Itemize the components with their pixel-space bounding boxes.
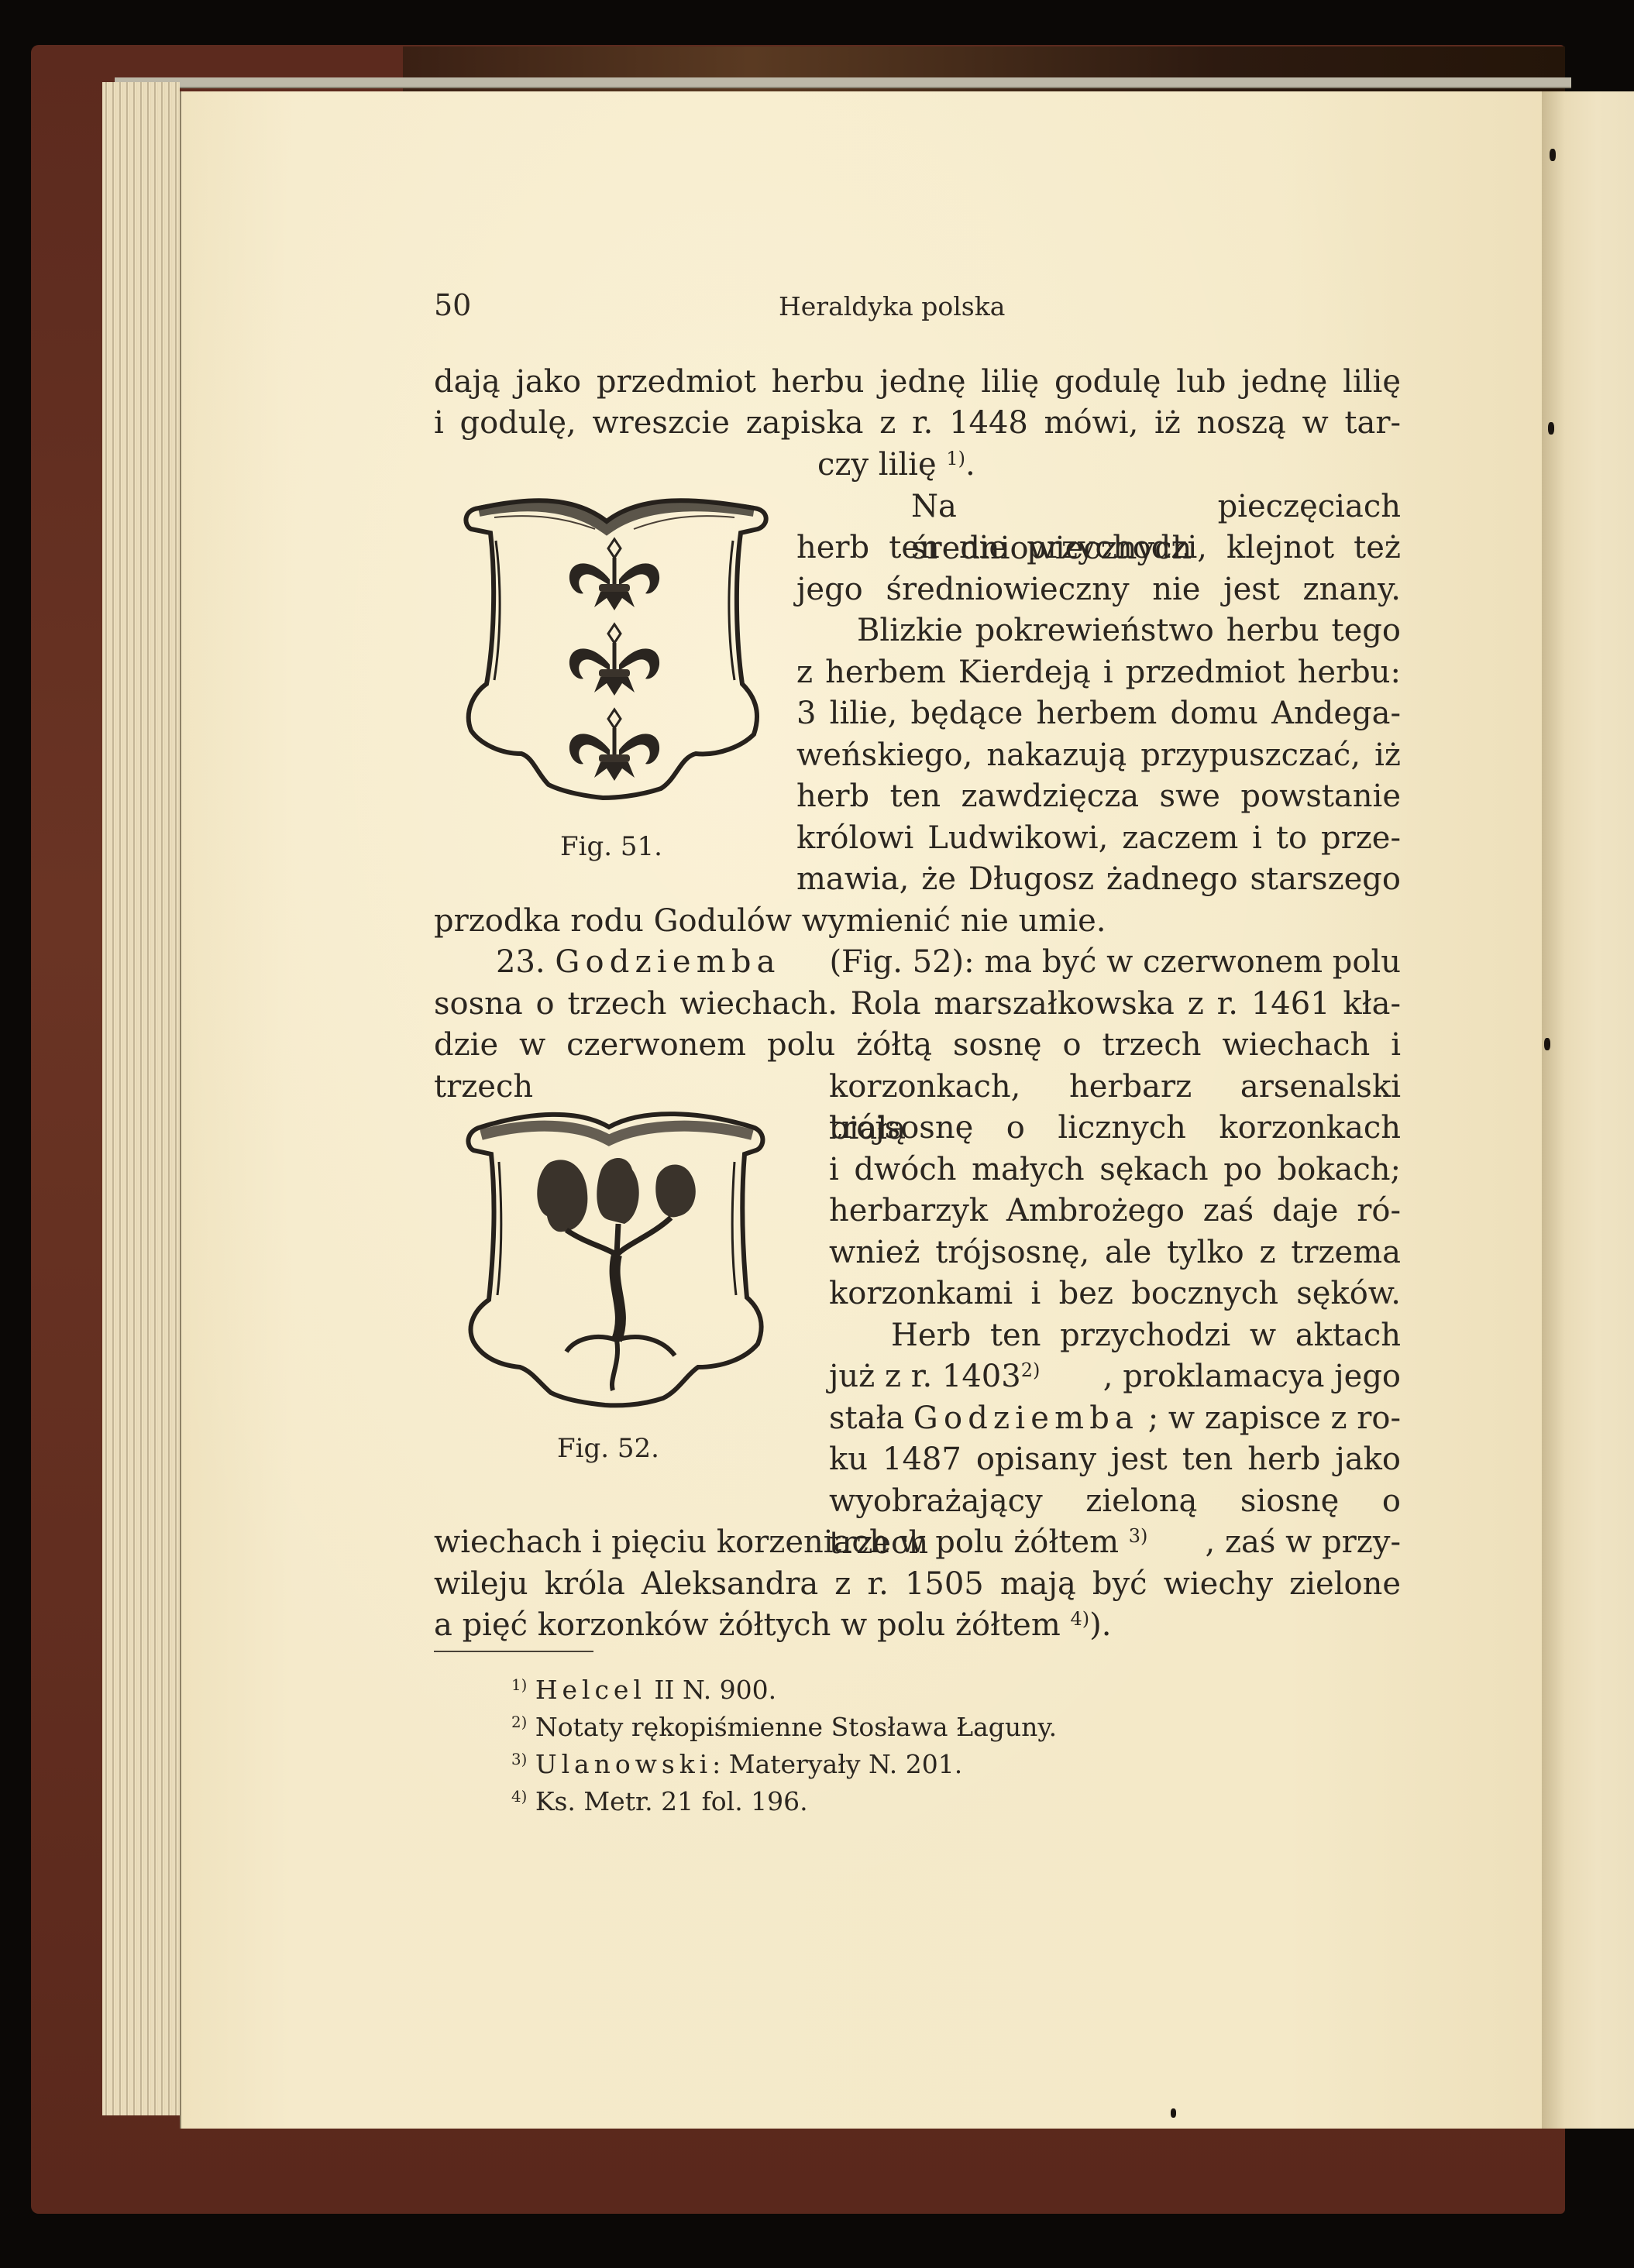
text-line: korzonkami i bez bocznych sęków. <box>829 1273 1401 1315</box>
text-line: wileju króla Aleksandra z r. 1505 mają b… <box>434 1564 1401 1606</box>
page-stack-edges <box>102 82 180 2115</box>
text-line: mawia, że Długosz żadnego starszego <box>796 859 1401 901</box>
margin-mark <box>1544 1038 1550 1050</box>
footnote-text: Ks. Metr. 21 fol. 196. <box>535 1786 808 1816</box>
text-line: jego średniowieczny nie jest znany. <box>796 569 1401 611</box>
text-line: ku 1487 opisany jest ten herb jako <box>829 1439 1401 1481</box>
text-line: Herb ten przychodzi w aktach <box>829 1315 1401 1357</box>
footnote-text: : Materyały N. 201. <box>712 1749 962 1779</box>
page-header: 50 Heraldyka polska <box>434 288 1401 327</box>
text-fragment: wiechach i pięciu korzeniach w polu żółt… <box>434 1522 1147 1564</box>
text-line: sosna o trzech wiechach. Rola marszałkow… <box>434 984 1401 1026</box>
page-number: 50 <box>434 288 471 322</box>
section-heading: 23. Godziemba <box>496 942 781 984</box>
footnote-text: II N. 900. <box>646 1675 776 1705</box>
text-line: dają jako przedmiot herbu jednę lilię go… <box>434 362 1401 404</box>
text-line: już z r. 14032) , proklamacya jego <box>829 1356 1401 1398</box>
footnote-4: 4) Ks. Metr. 21 fol. 196. <box>511 1783 808 1820</box>
text-line: herb ten zawdzięcza swe powstanie <box>796 776 1401 818</box>
proclamation-name: Godziemba <box>913 1398 1139 1440</box>
footnote-author: Ulanowski <box>535 1749 712 1779</box>
section-name: Godziemba <box>555 944 780 980</box>
margin-mark <box>1550 149 1556 161</box>
section-number: 23. <box>496 944 545 980</box>
figure-51: Fig. 51. <box>448 486 781 827</box>
footnote-author: Helcel <box>535 1675 646 1705</box>
footnote-3: 3) Ulanowski: Materyały N. 201. <box>511 1746 962 1783</box>
text-fragment: ). <box>1089 1607 1111 1643</box>
text-fragment: już z r. 14032) <box>829 1356 1040 1398</box>
running-title: Heraldyka polska <box>779 291 1005 321</box>
section-heading-line: 23. Godziemba (Fig. 52): ma być w czerwo… <box>496 942 1401 984</box>
text-line: czy lilię 1)).. <box>817 445 975 486</box>
facing-page-gutter <box>1542 91 1634 2129</box>
text-line: 3 lilie, będące herbem domu Andega- <box>796 693 1401 735</box>
figure-52: Fig. 52. <box>454 1092 787 1448</box>
text-line: z herbem Kierdeją i przedmiot herbu: <box>796 652 1401 694</box>
footnote-ref-2[interactable]: 2) <box>1021 1359 1041 1381</box>
footnote-ref-1[interactable]: 1) <box>946 448 965 469</box>
footnote-text: Notaty rękopiśmienne Stosława Łaguny. <box>535 1712 1057 1742</box>
figure-52-caption: Fig. 52. <box>557 1433 659 1464</box>
footnote-2: 2) Notaty rękopiśmienne Stosława Łaguny. <box>511 1709 1057 1746</box>
footnote-ref-4[interactable]: 4) <box>1071 1608 1090 1630</box>
text-fragment: ; w zapisce z ro- <box>1148 1398 1401 1440</box>
page-top-edge <box>115 77 1571 88</box>
footnote-rule <box>434 1651 593 1652</box>
text-line: herb ten nie przychodzi, klejnot też <box>796 527 1401 569</box>
text-line: stała Godziemba ; w zapisce z ro- <box>829 1398 1401 1440</box>
text-line: i godulę, wreszcie zapiska z r. 1448 mów… <box>434 403 1401 445</box>
text-line: herbarzyk Ambrożego zaś daje ró- <box>829 1191 1401 1232</box>
ink-spot <box>1171 2108 1176 2118</box>
footnote-ref-3[interactable]: 3) <box>1129 1525 1148 1547</box>
text-fragment: (Fig. 52): ma być w czerwonem polu <box>829 942 1401 984</box>
footnote-1: 1) Helcel II N. 900. <box>511 1672 776 1709</box>
text-line: i dwóch małych sękach po bokach; <box>829 1149 1401 1191</box>
footnote-mark: 4) <box>511 1788 527 1806</box>
shield-fleur-de-lis-icon <box>448 486 781 804</box>
text-line: wnież trójsosnę, ale tylko z trzema <box>829 1232 1401 1274</box>
text-fragment: , proklamacya jego <box>1103 1356 1401 1398</box>
text-fragment: a pięć korzonków żółtych w polu żółtem <box>434 1607 1061 1643</box>
footnote-mark: 1) <box>511 1676 527 1694</box>
figure-51-caption: Fig. 51. <box>560 831 662 862</box>
text-line: przodka rodu Godulów wymienić nie umie. <box>434 901 1106 943</box>
text-fragment: stała <box>829 1398 904 1440</box>
text-line: a pięć korzonków żółtych w polu żółtem 4… <box>434 1605 1111 1647</box>
footnote-mark: 2) <box>511 1713 527 1731</box>
text-line: królowi Ludwikowi, zaczem i to prze- <box>796 818 1401 860</box>
footnote-mark: 3) <box>511 1751 527 1768</box>
text-line: wiechach i pięciu korzeniach w polu żółt… <box>434 1522 1401 1564</box>
margin-mark <box>1548 422 1554 435</box>
text-line: trójsosnę o licznych korzonkach <box>829 1108 1401 1149</box>
text-line: Blizkie pokrewieństwo herbu tego <box>796 610 1401 652</box>
shield-pine-tree-icon <box>454 1092 779 1410</box>
text-fragment: czy lilię <box>817 447 937 483</box>
text-fragment: , zaś w przy- <box>1206 1522 1401 1564</box>
text-line: wеńskiego, nakazują przypuszczać, iż <box>796 735 1401 777</box>
